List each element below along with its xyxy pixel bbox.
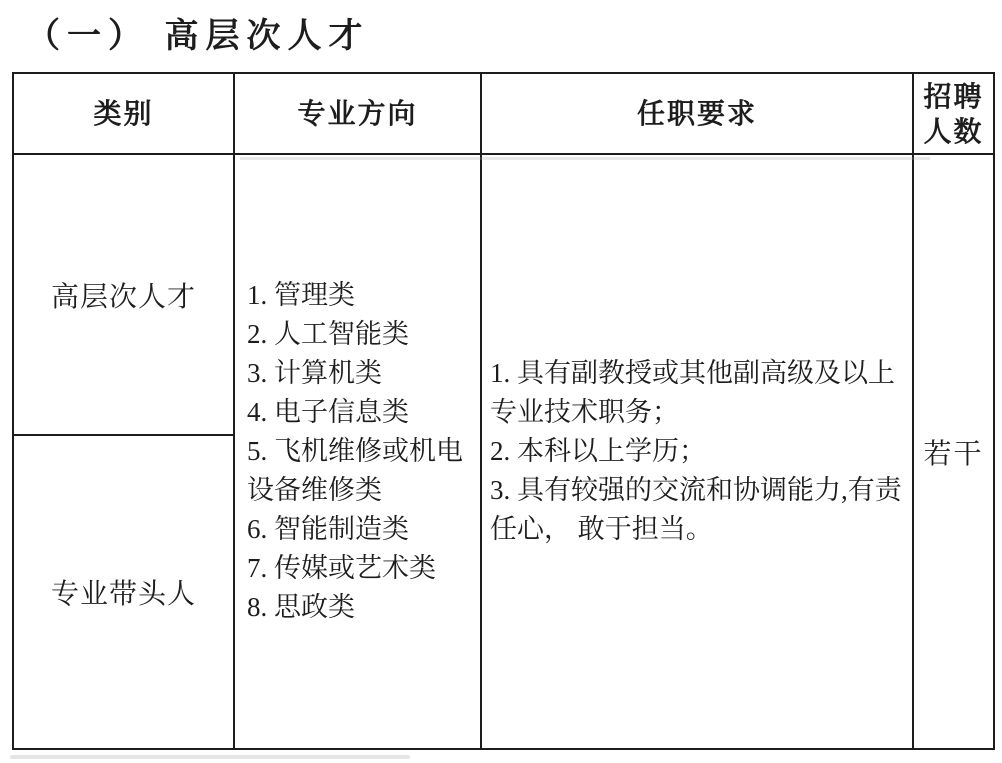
column-header-count: 招聘人数 [913, 73, 994, 154]
scan-artifact-shadow [10, 755, 410, 759]
major-direction-item: 8. 思政类 [247, 588, 472, 627]
cell-requirements: 1. 具有副教授或其他副高级及以上专业技术职务；2. 本科以上学历；3. 具有较… [481, 154, 913, 749]
requirement-item: 1. 具有副教授或其他副高级及以上专业技术职务； [490, 354, 906, 432]
major-direction-item: 1. 管理类 [247, 276, 472, 315]
column-header-major: 专业方向 [234, 73, 481, 154]
cell-category-professional-leader: 专业带头人 [13, 435, 234, 749]
column-header-category: 类别 [13, 73, 234, 154]
major-direction-item: 2. 人工智能类 [247, 315, 472, 354]
requirement-item: 2. 本科以上学历； [490, 432, 906, 471]
section-title: （一） 高层次人才 [26, 8, 370, 57]
scan-artifact-smudge [240, 157, 930, 160]
major-direction-item: 4. 电子信息类 [247, 393, 472, 432]
major-direction-item: 7. 传媒或艺术类 [247, 549, 472, 588]
column-header-requirements: 任职要求 [481, 73, 913, 154]
major-direction-item: 3. 计算机类 [247, 354, 472, 393]
table-header-row: 类别 专业方向 任职要求 招聘人数 [13, 73, 994, 154]
requirement-item: 3. 具有较强的交流和协调能力,有责任心， 敢于担当。 [490, 471, 906, 549]
major-direction-item: 5. 飞机维修或机电设备维修类 [247, 432, 472, 510]
major-direction-item: 6. 智能制造类 [247, 510, 472, 549]
cell-category-high-level-talent: 高层次人才 [13, 154, 234, 435]
cell-major-directions: 1. 管理类2. 人工智能类3. 计算机类4. 电子信息类5. 飞机维修或机电设… [234, 154, 481, 749]
recruitment-table: 类别 专业方向 任职要求 招聘人数 高层次人才 1. 管理类2. 人工智能类3.… [12, 72, 995, 750]
table-row: 高层次人才 1. 管理类2. 人工智能类3. 计算机类4. 电子信息类5. 飞机… [13, 154, 994, 435]
cell-recruit-count: 若干 [913, 154, 994, 749]
document-page: （一） 高层次人才 类别 专业方向 任职要求 招聘人数 高层次人才 1. 管理类… [0, 0, 1002, 763]
